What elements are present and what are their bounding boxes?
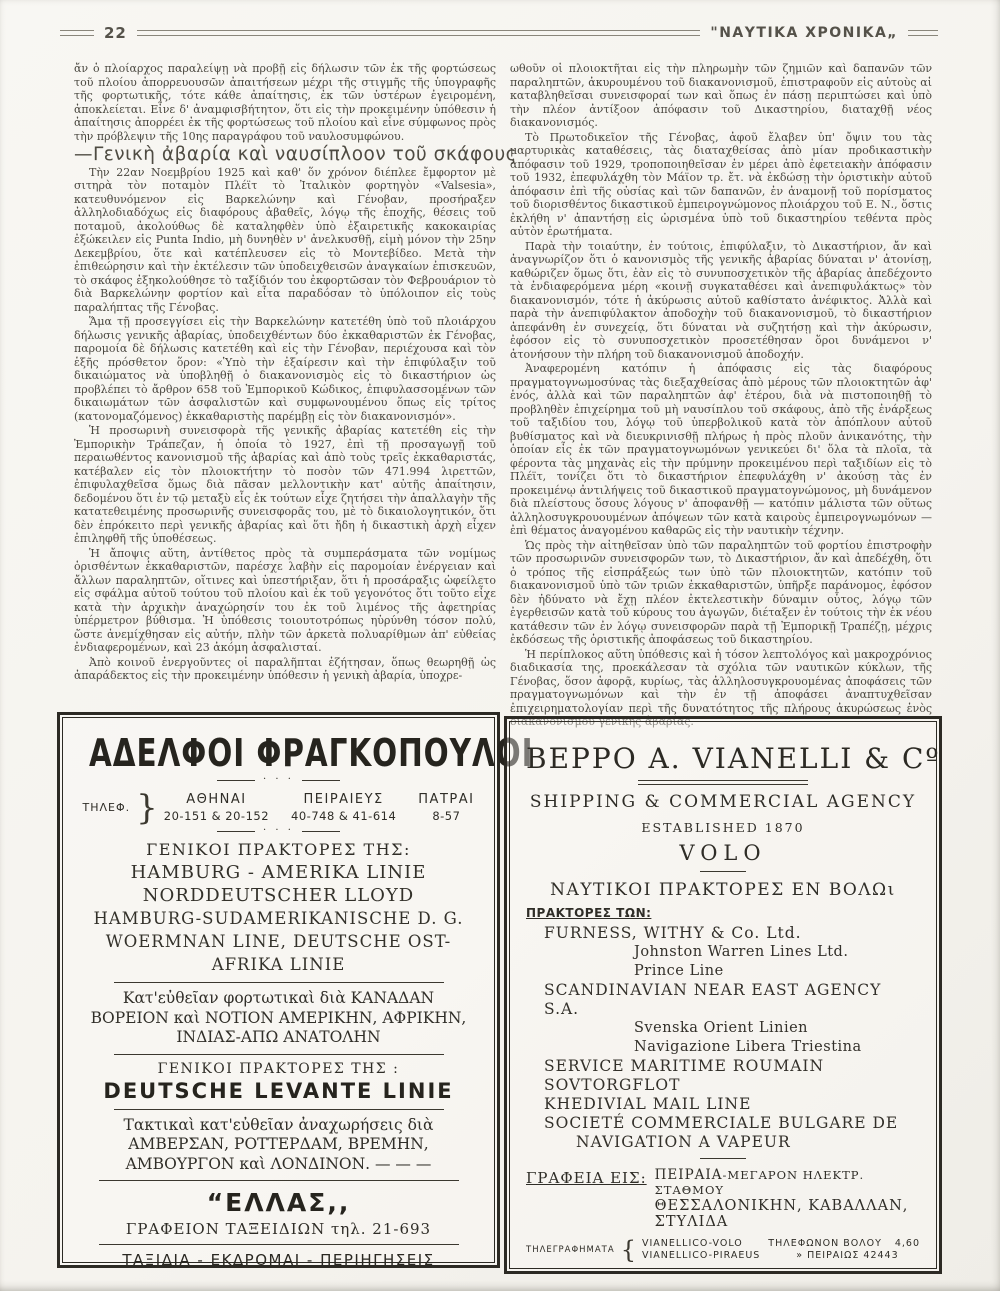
- divider-rule: [700, 871, 746, 872]
- agent-name: KHEDIVIAL MAIL LINE: [544, 1095, 920, 1114]
- agent-name: SOVTORGFLOT: [544, 1076, 920, 1095]
- divider-rule: [99, 1244, 459, 1245]
- fragopouloi-title: ΑΔΕΛΦΟΙ ΦΡΑΓΚΟΠΟΥΛΟΙ: [89, 732, 468, 776]
- brace-glyph: }: [136, 793, 158, 823]
- hellas-agency-title: “ΕΛΛΑΣ,,: [79, 1188, 478, 1217]
- agent-name: Prince Line: [544, 962, 920, 981]
- vianelli-ad-content: BEPPO A. VIANELLI & Cº SHIPPING & COMMER…: [514, 726, 932, 1264]
- article-heading: —Γενικὴ ἀβαρία καὶ ναυσίπλοον τοῦ σκάφου…: [74, 148, 496, 162]
- phone-label: » ΠΕΙΡΑΙΩΣ: [796, 1250, 859, 1261]
- divider-rule: [114, 982, 444, 983]
- header-rule-middle: [137, 30, 701, 36]
- phone-numbers: 8-57: [418, 809, 474, 823]
- agents-list: FURNESS, WITHY & Co. Ltd. Johnston Warre…: [526, 924, 920, 1152]
- fragopouloi-ad-content: ΑΔΕΛΦΟΙ ΦΡΑΓΚΟΠΟΥΛΟΙ · · · ΤΗΛΕΦ. } ΑΘΗΝ…: [67, 722, 490, 1258]
- office-location: ΠΕΙΡΑΙΑ-ΜΕΓΑΡΟΝ ΗΛΕΚΤΡ. ΣΤΑΘΜΟΥ: [655, 1167, 920, 1197]
- agent-name: NAVIGATION A VAPEUR: [544, 1133, 920, 1152]
- ornament-divider: · · ·: [79, 776, 478, 784]
- phone-entry: ΑΘΗΝΑΙ 20-151 & 20-152: [164, 792, 269, 823]
- telephone-numbers: ΤΗΛΕΦΩΝΟΝ ΒΟΛΟΥ 4,60 » ΠΕΙΡΑΙΩΣ 42443: [768, 1238, 920, 1262]
- established-label: ESTABLISHED 1870: [526, 820, 920, 835]
- telegrams-section: ΤΗΛΕΓΡΑΦΗΜΑΤΑ { VIANELLICO-VOLO VIANELLI…: [526, 1238, 920, 1262]
- paragraph: Τὸ Πρωτοδικεῖον τῆς Γένοβας, ἀφοῦ ἔλαβεν…: [510, 131, 932, 239]
- paragraph: Παρὰ τὴν τοιαύτην, ἐν τούτοις, ἐπιφύλαξι…: [510, 240, 932, 362]
- agent-name: SERVICE MARITIME ROUMAIN: [544, 1057, 920, 1076]
- travel-services-label: ΤΑΞΙΔΙΑ - ΕΚΔΡΟΜΑΙ - ΠΕΡΙΗΓΗΣΕΙΣ: [79, 1251, 478, 1269]
- phone-city: ΠΑΤΡΑΙ: [418, 792, 474, 807]
- offices-label: ΓΡΑΦΕΙΑ ΕΙΣ:: [526, 1169, 647, 1187]
- telegram-address: VIANELLICO-PIRAEUS: [642, 1250, 760, 1262]
- phone-value: 42443: [863, 1250, 898, 1262]
- divider-rule: [99, 1180, 459, 1181]
- agent-name: FURNESS, WITHY & Co. Ltd.: [544, 924, 920, 943]
- paragraph: Ἡ ἄποψις αὕτη, ἀντίθετος πρὸς τὰ συμπερά…: [74, 547, 496, 655]
- right-column: ωθοῦν οἱ πλοιοκτῆται εἰς τὴν πληρωμὴν τῶ…: [510, 62, 932, 710]
- phone-value: 4,60: [886, 1238, 920, 1250]
- fragopouloi-ad: ΑΔΕΛΦΟΙ ΦΡΑΓΚΟΠΟΥΛΟΙ · · · ΤΗΛΕΦ. } ΑΘΗΝ…: [57, 712, 500, 1268]
- general-agents-label: ΓΕΝΙΚΟΙ ΠΡΑΚΤΟΡΕΣ ΤΗΣ:: [79, 840, 478, 859]
- phone-city: ΠΕΙΡΑΙΕΥΣ: [291, 792, 396, 807]
- naval-agents-heading: ΝΑΥΤΙΚΟΙ ΠΡΑΚΤΟΡΕΣ ΕΝ ΒΟΛΩι: [526, 880, 920, 900]
- brace-glyph: {: [621, 1239, 636, 1261]
- vianelli-title: BEPPO A. VIANELLI & Cº: [526, 742, 920, 775]
- phone-numbers: 20-151 & 20-152: [164, 809, 269, 823]
- divider-rule: [638, 780, 808, 785]
- deutsche-levante-line: DEUTSCHE LEVANTE LINIE: [79, 1079, 478, 1103]
- agents-of-label: ΠΡΑΚΤΟΡΕΣ ΤΩΝ:: [526, 906, 920, 920]
- offices-section: ΓΡΑΦΕΙΑ ΕΙΣ: ΠΕΙΡΑΙΑ-ΜΕΓΑΡΟΝ ΗΛΕΚΤΡ. ΣΤΑ…: [526, 1167, 920, 1230]
- page-header: 22 "ΝΑΥΤΙΚΑ ΧΡΟΝΙΚΑ„: [60, 24, 938, 42]
- paragraph: ωθοῦν οἱ πλοιοκτῆται εἰς τὴν πληρωμὴν τῶ…: [510, 62, 932, 130]
- office-location: ΘΕΣΣΑΛΟΝΙΚΗΝ, ΚΑΒΑΛΛΑΝ, ΣΤΥΛΙΔΑ: [655, 1198, 920, 1230]
- paragraph: Ἀναφερομένη κατόπιν ἡ ἀπόφασις εἰς τὰς δ…: [510, 362, 932, 538]
- divider-rule: [700, 1158, 746, 1159]
- paragraph: Τὴν 22αν Νοεμβρίου 1925 καὶ καθ' ὅν χρόν…: [74, 166, 496, 315]
- ornament-divider: · · ·: [79, 827, 478, 835]
- vianelli-subtitle: SHIPPING & COMMERCIAL AGENCY: [526, 792, 920, 812]
- city-label: VOLO: [526, 841, 920, 865]
- agent-name: Johnston Warren Lines Ltd.: [544, 943, 920, 962]
- paragraph: ἄν ὁ πλοίαρχος παραλείψῃ νὰ προβῇ εἰς δή…: [74, 62, 496, 143]
- article-columns: ἄν ὁ πλοίαρχος παραλείψῃ νὰ προβῇ εἰς δή…: [74, 62, 932, 710]
- paragraph: Ἅμα τῇ προσεγγίσει εἰς τὴν Βαρκελώνην κα…: [74, 315, 496, 423]
- agent-name: SOCIETÉ COMMERCIALE BULGARE DE: [544, 1114, 920, 1133]
- paragraph: Ἀπὸ κοινοῦ ἐνεργοῦντες οἱ παραλῆπται ἐζή…: [74, 656, 496, 683]
- paragraph: Ἡ προσωρινὴ συνεισφορὰ τῆς γενικῆς ἀβαρί…: [74, 424, 496, 546]
- telephone-label: ΤΗΛΕΦ.: [83, 801, 131, 814]
- shipping-line: NORDDEUTSCHER LLOYD: [79, 884, 478, 907]
- shipping-line: WOERMNAN LINE, DEUTSCHE OST-: [79, 930, 478, 953]
- shipping-line: HAMBURG - AMERIKA LINIE: [79, 861, 478, 884]
- phone-numbers: 40-748 & 41-614: [291, 809, 396, 823]
- agent-name: Svenska Orient Linien: [544, 1019, 920, 1038]
- phone-city: ΑΘΗΝΑΙ: [164, 792, 269, 807]
- shipping-line: HAMBURG-SUDAMERIKANISCHE D. G.: [79, 907, 478, 930]
- agent-name: SCANDINAVIAN NEAR EAST AGENCY S.A.: [544, 981, 920, 1019]
- shipping-line: AFRIKA LINIE: [79, 953, 478, 976]
- phone-entry: ΠΕΙΡΑΙΕΥΣ 40-748 & 41-614: [291, 792, 396, 823]
- left-column: ἄν ὁ πλοίαρχος παραλείψῃ νὰ προβῇ εἰς δή…: [74, 62, 496, 710]
- telegram-address: VIANELLICO-VOLO: [642, 1238, 760, 1250]
- vianelli-ad: BEPPO A. VIANELLI & Cº SHIPPING & COMMER…: [504, 716, 942, 1274]
- page-number: 22: [104, 24, 127, 42]
- cargo-routes-text: Κατ'εὐθεῖαν φορτωτικαὶ διὰ ΚΑΝΑΔΑΝ ΒΟΡΕΙ…: [87, 989, 470, 1048]
- phone-entry: ΠΑΤΡΑΙ 8-57: [418, 792, 474, 823]
- magazine-page: 22 "ΝΑΥΤΙΚΑ ΧΡΟΝΙΚΑ„ ἄν ὁ πλοίαρχος παρα…: [0, 0, 1000, 1291]
- general-agents-label: ΓΕΝΙΚΟΙ ΠΡΑΚΤΟΡΕΣ ΤΗΣ :: [79, 1061, 478, 1077]
- agent-name: Navigazione Libera Triestina: [544, 1038, 920, 1057]
- travel-office-label: ΓΡΑΦΕΙΟΝ ΤΑΞΕΙΔΙΩΝ τηλ. 21-693: [79, 1220, 478, 1238]
- paragraph: Ὡς πρὸς τὴν αἰτηθεῖσαν ὑπὸ τῶν παραληπτῶ…: [510, 539, 932, 647]
- office-city: ΠΕΙΡΑΙΑ: [655, 1167, 723, 1183]
- header-rule-right: [908, 30, 938, 36]
- phone-label: ΤΗΛΕΦΩΝΟΝ ΒΟΛΟΥ: [768, 1238, 882, 1249]
- header-rule-left: [60, 30, 94, 36]
- divider-rule: [114, 1109, 444, 1110]
- divider-rule: [114, 1054, 444, 1055]
- departures-text: Τακτικαὶ κατ'εὐθεῖαν ἀναχωρήσεις διὰ ΑΜΒ…: [87, 1116, 470, 1175]
- shipping-lines-list: HAMBURG - AMERIKA LINIE NORDDEUTSCHER LL…: [79, 861, 478, 976]
- fragopouloi-phones: ΤΗΛΕΦ. } ΑΘΗΝΑΙ 20-151 & 20-152 ΠΕΙΡΑΙΕΥ…: [79, 792, 478, 823]
- magazine-title: "ΝΑΥΤΙΚΑ ΧΡΟΝΙΚΑ„: [710, 25, 898, 41]
- telegrams-label: ΤΗΛΕΓΡΑΦΗΜΑΤΑ: [526, 1245, 615, 1255]
